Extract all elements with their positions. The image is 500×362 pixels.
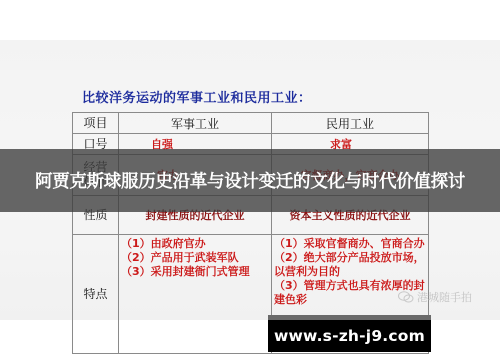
header-civil: 民用工业 <box>272 113 429 134</box>
watermark-text: 港城随手拍 <box>417 289 472 305</box>
slide-title: 比较洋务运动的军事工业和民用工业： <box>82 87 312 106</box>
cell-military: （1）由政府官办 （2）产品用于武装军队 （3）采用封建衙门式管理 <box>119 235 272 354</box>
feature-item: （1）由政府官办 <box>121 237 271 251</box>
headline-text: 阿贾克斯球服历史沿革与设计变迁的文化与时代价值探讨 <box>35 168 465 193</box>
feature-item: （2）绝大部分产品投放市场，以营利为目的 <box>274 251 428 279</box>
wechat-icon <box>398 291 414 303</box>
table-header-row: 项目 军事工业 民用工业 <box>73 113 429 134</box>
site-url[interactable]: www.s-zh-j9.com <box>274 327 425 345</box>
header-item: 项目 <box>73 113 119 134</box>
site-url-badge[interactable]: www.s-zh-j9.com <box>268 315 431 352</box>
headline-banner: 阿贾克斯球服历史沿革与设计变迁的文化与时代价值探讨 <box>0 149 500 212</box>
feature-item: （1）采取官督商办、官商合办 <box>274 237 428 251</box>
row-label: 特点 <box>73 235 119 354</box>
feature-item: （2）产品用于武装军队 <box>121 251 271 265</box>
header-military: 军事工业 <box>119 113 272 134</box>
feature-item: （3）采用封建衙门式管理 <box>121 265 271 279</box>
watermark: 港城随手拍 <box>398 289 472 305</box>
